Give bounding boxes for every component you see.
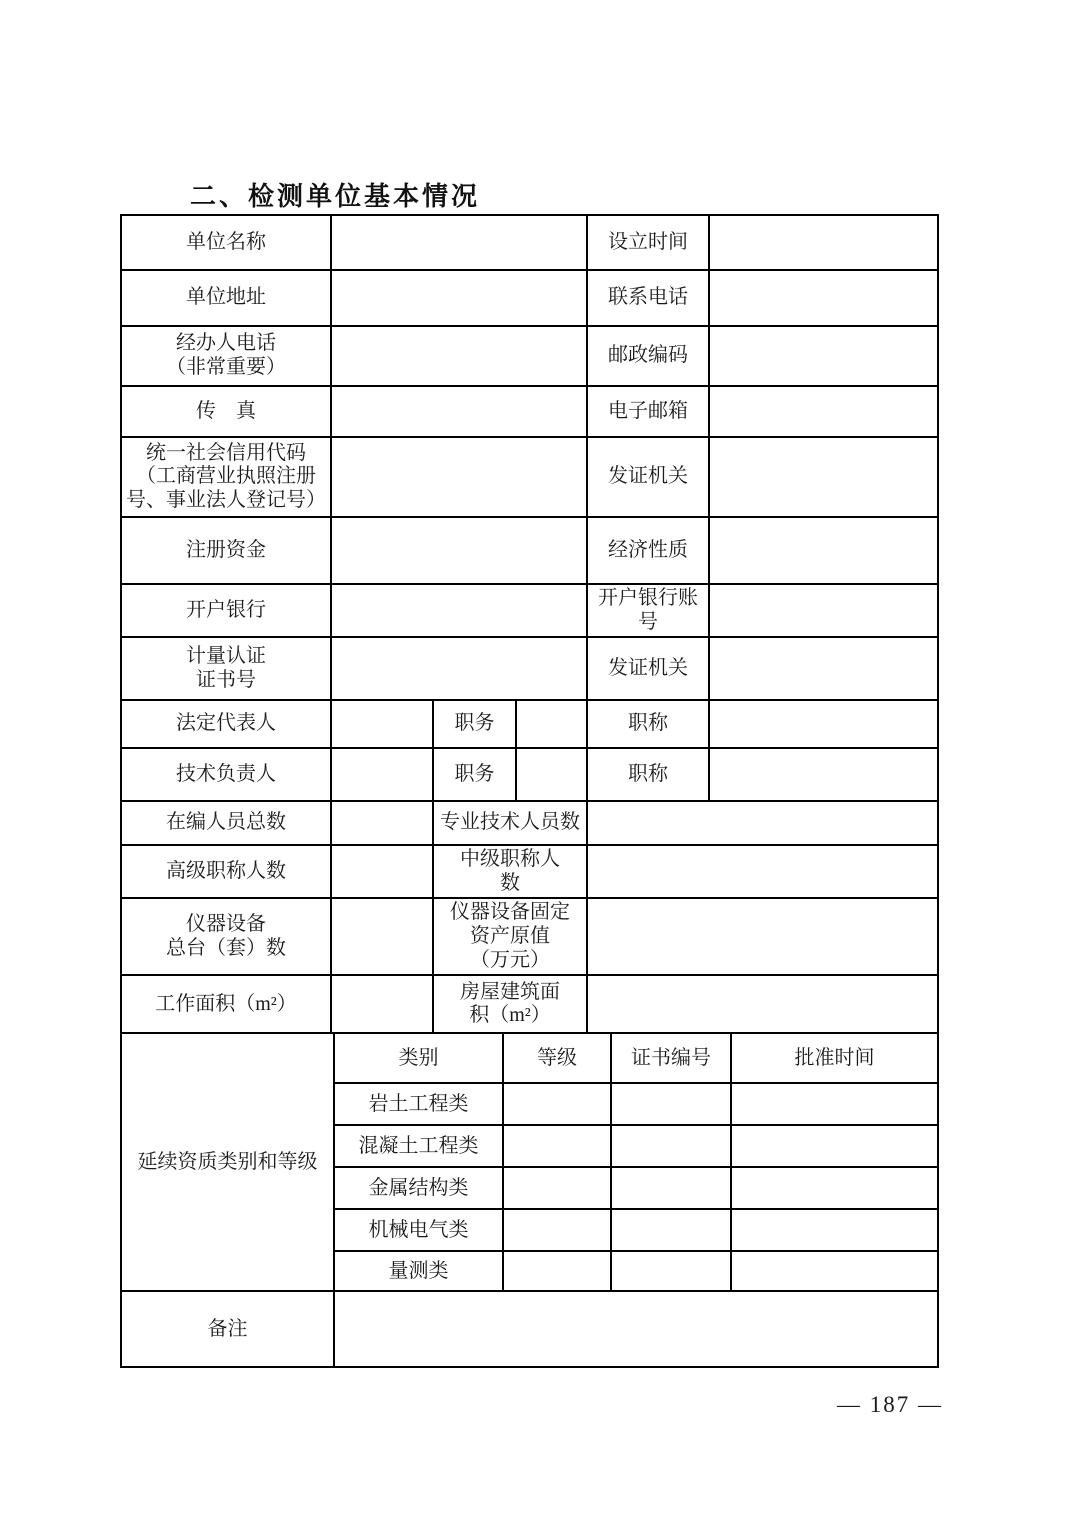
- field-label: 传 真: [121, 386, 331, 437]
- column-header: 证书编号: [611, 1033, 731, 1083]
- field-value-cell: [587, 898, 938, 975]
- field-value-cell: [611, 1251, 731, 1291]
- field-label: 注册资金: [121, 517, 331, 584]
- remark-label: 备注: [121, 1291, 334, 1367]
- field-label: 电子邮箱: [587, 386, 709, 437]
- field-value-cell: [731, 1125, 938, 1167]
- field-label: 经办人电话 （非常重要）: [121, 326, 331, 386]
- field-label: 职务: [433, 748, 516, 801]
- field-label: 房屋建筑面 积（m²）: [433, 975, 587, 1033]
- field-label: 统一社会信用代码 （工商营业执照注册 号、事业法人登记号）: [121, 437, 331, 517]
- field-value-cell: [709, 584, 938, 637]
- field-value-cell: [611, 1083, 731, 1125]
- field-label: 仪器设备固定 资产原值 （万元）: [433, 898, 587, 975]
- field-value-cell: [503, 1251, 611, 1291]
- unit-info-table: 单位名称 设立时间 单位地址 联系电话 经办人电话 （非常重要） 邮政编码 传 …: [120, 214, 939, 701]
- category-label: 岩土工程类: [334, 1083, 503, 1125]
- field-label: 中级职称人 数: [433, 845, 587, 898]
- category-label: 量测类: [334, 1251, 503, 1291]
- field-value-cell: [331, 637, 587, 700]
- field-value-cell: [731, 1209, 938, 1251]
- field-value-cell: [331, 215, 587, 270]
- statistics-table: 在编人员总数 专业技术人员数 高级职称人数 中级职称人 数 仪器设备 总台（套）…: [120, 800, 939, 1034]
- field-value-cell: [731, 1251, 938, 1291]
- column-header: 批准时间: [731, 1033, 938, 1083]
- field-label: 发证机关: [587, 637, 709, 700]
- field-label: 专业技术人员数: [433, 801, 587, 845]
- field-value-cell: [331, 517, 587, 584]
- field-label: 单位名称: [121, 215, 331, 270]
- field-value-cell: [587, 975, 938, 1033]
- field-value-cell: [709, 637, 938, 700]
- field-label: 仪器设备 总台（套）数: [121, 898, 331, 975]
- field-value-cell: [503, 1083, 611, 1125]
- field-value-cell: [516, 748, 587, 801]
- field-value-cell: [503, 1167, 611, 1209]
- field-value-cell: [731, 1167, 938, 1209]
- section-title: 二、检测单位基本情况: [190, 176, 480, 213]
- field-value-cell: [331, 845, 433, 898]
- field-label: 工作面积（m²）: [121, 975, 331, 1033]
- field-value-cell: [709, 326, 938, 386]
- field-label: 职称: [587, 700, 709, 748]
- field-value-cell: [587, 845, 938, 898]
- field-value-cell: [331, 270, 587, 326]
- category-label: 机械电气类: [334, 1209, 503, 1251]
- qualification-table: 延续资质类别和等级 类别 等级 证书编号 批准时间 岩土工程类 混凝土工程类 金…: [120, 1032, 939, 1292]
- field-value-cell: [611, 1167, 731, 1209]
- representatives-table: 法定代表人 职务 职称 技术负责人 职务 职称: [120, 699, 939, 802]
- field-value-cell: [331, 700, 433, 748]
- field-label: 经济性质: [587, 517, 709, 584]
- field-label: 高级职称人数: [121, 845, 331, 898]
- field-value-cell: [611, 1125, 731, 1167]
- field-value-cell: [331, 386, 587, 437]
- category-label: 金属结构类: [334, 1167, 503, 1209]
- field-value-cell: [503, 1125, 611, 1167]
- category-label: 混凝土工程类: [334, 1125, 503, 1167]
- field-value-cell: [331, 326, 587, 386]
- field-value-cell: [709, 270, 938, 326]
- field-value-cell: [709, 437, 938, 517]
- field-label: 发证机关: [587, 437, 709, 517]
- field-value-cell: [611, 1209, 731, 1251]
- field-value-cell: [709, 215, 938, 270]
- document-page: 二、检测单位基本情况 单位名称 设立时间 单位地址 联系电话 经办人电话 （非常…: [0, 0, 1075, 1519]
- field-value-cell: [709, 748, 938, 801]
- field-value-cell: [331, 437, 587, 517]
- field-label: 计量认证 证书号: [121, 637, 331, 700]
- field-value-cell: [331, 898, 433, 975]
- field-label: 职务: [433, 700, 516, 748]
- field-label: 法定代表人: [121, 700, 331, 748]
- field-value-cell: [331, 975, 433, 1033]
- field-value-cell: [331, 584, 587, 637]
- remark-table: 备注: [120, 1290, 939, 1368]
- field-label: 单位地址: [121, 270, 331, 326]
- field-value-cell: [331, 801, 433, 845]
- field-value-cell: [709, 386, 938, 437]
- field-value-cell: [709, 517, 938, 584]
- field-value-cell: [587, 801, 938, 845]
- field-label: 邮政编码: [587, 326, 709, 386]
- field-value-cell: [516, 700, 587, 748]
- column-header: 等级: [503, 1033, 611, 1083]
- qualification-row-label: 延续资质类别和等级: [121, 1033, 334, 1291]
- page-number: — 187 —: [837, 1392, 943, 1418]
- field-label: 技术负责人: [121, 748, 331, 801]
- field-label: 设立时间: [587, 215, 709, 270]
- field-label: 职称: [587, 748, 709, 801]
- remark-value-cell: [334, 1291, 938, 1367]
- field-value-cell: [731, 1083, 938, 1125]
- field-label: 在编人员总数: [121, 801, 331, 845]
- field-value-cell: [503, 1209, 611, 1251]
- column-header: 类别: [334, 1033, 503, 1083]
- field-value-cell: [331, 748, 433, 801]
- field-label: 联系电话: [587, 270, 709, 326]
- field-value-cell: [709, 700, 938, 748]
- field-label: 开户银行账 号: [587, 584, 709, 637]
- field-label: 开户银行: [121, 584, 331, 637]
- basic-info-form: 单位名称 设立时间 单位地址 联系电话 经办人电话 （非常重要） 邮政编码 传 …: [120, 214, 937, 1368]
